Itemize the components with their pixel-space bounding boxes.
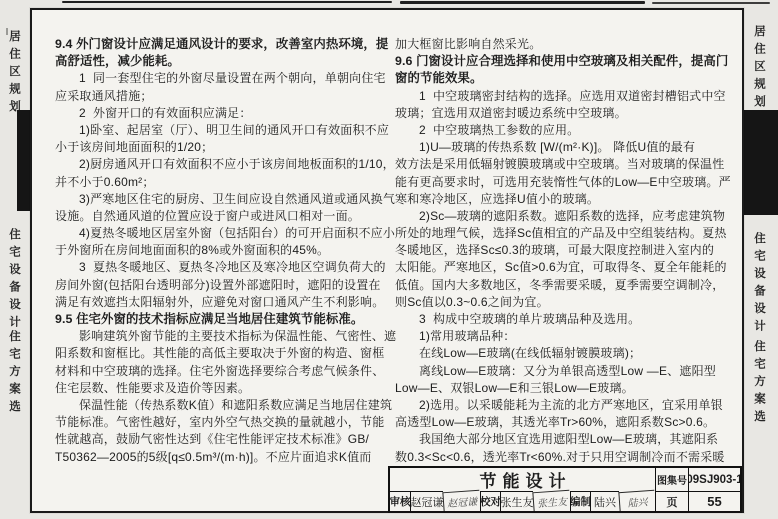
text-line: 低值。国内大多数地区，冬季需要采暖，夏季需要空调制冷， <box>395 277 735 294</box>
text-line: 则Sc值以0.3~0.6之间为宜。 <box>395 294 735 311</box>
text-line: 3 构成中空玻璃的单片玻璃品种及选用。 <box>395 311 735 328</box>
scan-artifact-line <box>400 1 645 4</box>
text-line: 2)Sc—玻璃的遮阳系数。遮阳系数的选择，应考虑建筑物 <box>395 208 735 225</box>
text-line: 高透型Low—E玻璃，其透光率Tr>60%，遮阳系数Sc>0.6。 <box>395 414 735 431</box>
text-line: 3)严寒地区住宅的厨房、卫生间应设自然通风道或通风换气 <box>55 191 389 208</box>
title-block-cell: 校对 <box>480 491 500 511</box>
text-line: 高舒适性，减少能耗。 <box>55 53 389 70</box>
text-line: 离线Low—E玻璃：又分为单银高透型Low —E、遮阳型 <box>395 363 735 380</box>
text-line: 1)卧室、起居室（厅）、明卫生间的通风开口有效面积不应 <box>55 122 389 139</box>
sidebar-label-residential-area-planning: 居住区规划 <box>6 30 22 118</box>
text-line: 所处的地理气候，选择Sc值相宜的产品及中空组装结构。夏热 <box>395 225 735 242</box>
scanned-standard-page: { "sidebars": { "left": ["居住区规划", "住宅设备设… <box>0 0 778 519</box>
sidebar-label-housing-equipment-design: 住宅设备设计 <box>6 228 22 333</box>
title-block-cell: 陆兴 <box>590 491 619 511</box>
text-line: 太阳能。严寒地区，Sc值>0.6为宜，可取得冬、夏全年能耗的 <box>395 259 735 276</box>
text-line: 影响建筑外窗节能的主要技术指标为保温性能、气密性、遮 <box>55 328 389 345</box>
text-line: 加大框窗比影响自然采光。 <box>395 36 735 53</box>
text-line: 房间外窗(包括阳台透明部分)设置外部遮阳时，遮阳的设置在 <box>55 277 389 294</box>
atlas-number-value: 09SJ903-1 <box>688 468 740 491</box>
text-line: T50362—2005的5级[q≤0.5m³/(m·h)]。不应片面追求K值而 <box>55 449 389 466</box>
left-text-column: 9.4 外门窗设计应满足通风设计的要求，改善室内热环境，提高舒适性，减少能耗。1… <box>55 36 389 466</box>
text-line: 性就越高，鼓励气密性达到《住宅性能评定技术标准》GB/ <box>55 431 389 448</box>
text-line: 2 中空玻璃热工参数的应用。 <box>395 122 735 139</box>
title-block-cell: 张生友 <box>532 490 570 513</box>
text-line: 节能标准。气密性越好，室内外空气热交换的量就越小，节能 <box>55 414 389 431</box>
text-line: 2)厨房通风开口有效面积不应小于该房间地板面积的1/10， <box>55 156 389 173</box>
title-block-cell: 审核 <box>390 491 410 511</box>
text-line: 设施。自然通风道的位置应设于窗户或进风口相对一面。 <box>55 208 389 225</box>
sidebar-label-housing-scheme-selection: 住宅方案选 <box>751 340 767 428</box>
text-line: 于外窗所在房间地面面积的8%或外窗面积的45%。 <box>55 242 389 259</box>
title-block-cell: 赵冠谦 <box>410 491 443 511</box>
text-line: 住宅层数、性能要求及造价等因素。 <box>55 380 389 397</box>
right-text-column: 加大框窗比影响自然采光。9.6 门窗设计应合理选择和使用中空玻璃及相关配件，提高… <box>395 36 735 466</box>
title-block: 节能设计 图集号 09SJ903-1 审核赵冠谦赵冠谦校对张生友张生友编制陆兴陆… <box>388 466 742 513</box>
document-page: 9.4 外门窗设计应满足通风设计的要求，改善室内热环境，提高舒适性，减少能耗。1… <box>30 8 744 513</box>
scan-artifact-line <box>652 2 770 4</box>
title-block-cell: 张生友 <box>500 491 533 511</box>
text-line: 2)选用。以采暖能耗为主流的北方严寒地区，宜采用单银 <box>395 397 735 414</box>
sidebar-label-housing-equipment-design: 住宅设备设计 <box>751 232 767 337</box>
title-block-cell: 编制 <box>570 491 590 511</box>
atlas-number-label: 图集号 <box>655 468 688 491</box>
text-line: 9.5 住宅外窗的技术指标应满足当地居住建筑节能标准。 <box>55 311 389 328</box>
text-line: 1)常用玻璃品种： <box>395 328 735 345</box>
text-line: 在线Low—E玻璃(在线低辐射镀膜玻璃)； <box>395 345 735 362</box>
title-block-cell: 赵冠谦 <box>442 490 480 513</box>
text-line: 并不小于0.60m²； <box>55 174 389 191</box>
text-line: 4)夏热冬暖地区居室外窗（包括阳台）的可开启面积不应小 <box>55 225 389 242</box>
text-line: 材料和中空玻璃的选择。住宅外窗选择要综合考虑气候条件、 <box>55 363 389 380</box>
text-line: 2 外窗开口的有效面积应满足： <box>55 105 389 122</box>
text-line: 1 同一套型住宅的外窗尽量设置在两个朝向，单朝向住宅 <box>55 70 389 87</box>
text-line: 窗的节能效果。 <box>395 70 735 87</box>
text-line: 玻璃；宜选用双道密封暖边系统中空玻璃。 <box>395 105 735 122</box>
chapter-tab-black <box>17 110 31 211</box>
sidebar-label-residential-area-planning: 居住区规划 <box>751 25 767 113</box>
text-line: 小于该房间地面面积的1/20； <box>55 139 389 156</box>
text-line: 我国绝大部分地区宜选用遮阳型Low—E玻璃，其遮阳系 <box>395 431 735 448</box>
text-line: 1)U—玻璃的传热系数 [W/(m²·K)]。 降低U值的最有 <box>395 139 735 156</box>
text-line: 阳系数和窗框比。其性能的高低主要取决于外窗的构造、窗框 <box>55 345 389 362</box>
sidebar-label-housing-scheme-selection: 住宅方案选 <box>6 330 22 418</box>
text-line: 1 中空玻璃密封结构的选择。应选用双道密封槽铝式中空 <box>395 88 735 105</box>
text-line: 冬暖地区，选择Sc≤0.3的玻璃，可最大限度控制进入室内的 <box>395 242 735 259</box>
text-line: Low—E、双银Low—E和三银Low—E玻璃。 <box>395 380 735 397</box>
title-block-cell: 陆兴 <box>618 490 655 512</box>
text-line: 满足有效遮挡太阳辐射外，应避免对窗口通风产生不利影响。 <box>55 294 389 311</box>
text-line: 寒和寒冷地区，应选择U值小的玻璃。 <box>395 191 735 208</box>
text-line: 保温性能（传热系数K值）和遮阳系数应满足当地居住建筑 <box>55 397 389 414</box>
text-line: 9.4 外门窗设计应满足通风设计的要求，改善室内热环境，提 <box>55 36 389 53</box>
chapter-tab-black <box>744 110 778 215</box>
page-number-label: 页 <box>655 491 688 511</box>
sheet-title: 节能设计 <box>390 468 655 491</box>
page-number-value: 55 <box>688 491 740 511</box>
scan-artifact-line <box>62 1 392 3</box>
text-line: 能有更高要求时，可选用充装惰性气体的Low—E中空玻璃。严 <box>395 174 735 191</box>
text-line: 数0.3<Sc<0.6，透光率Tr<60%.对于只用空调制冷而不需采暖 <box>395 449 735 466</box>
text-line: 应采取通风措施； <box>55 88 389 105</box>
text-line: 效方法是采用低辐射镀膜玻璃或中空玻璃。当对玻璃的保温性 <box>395 156 735 173</box>
text-line: 9.6 门窗设计应合理选择和使用中空玻璃及相关配件，提高门 <box>395 53 735 70</box>
text-line: 3 夏热冬暖地区、夏热冬冷地区及寒冷地区空调负荷大的 <box>55 259 389 276</box>
